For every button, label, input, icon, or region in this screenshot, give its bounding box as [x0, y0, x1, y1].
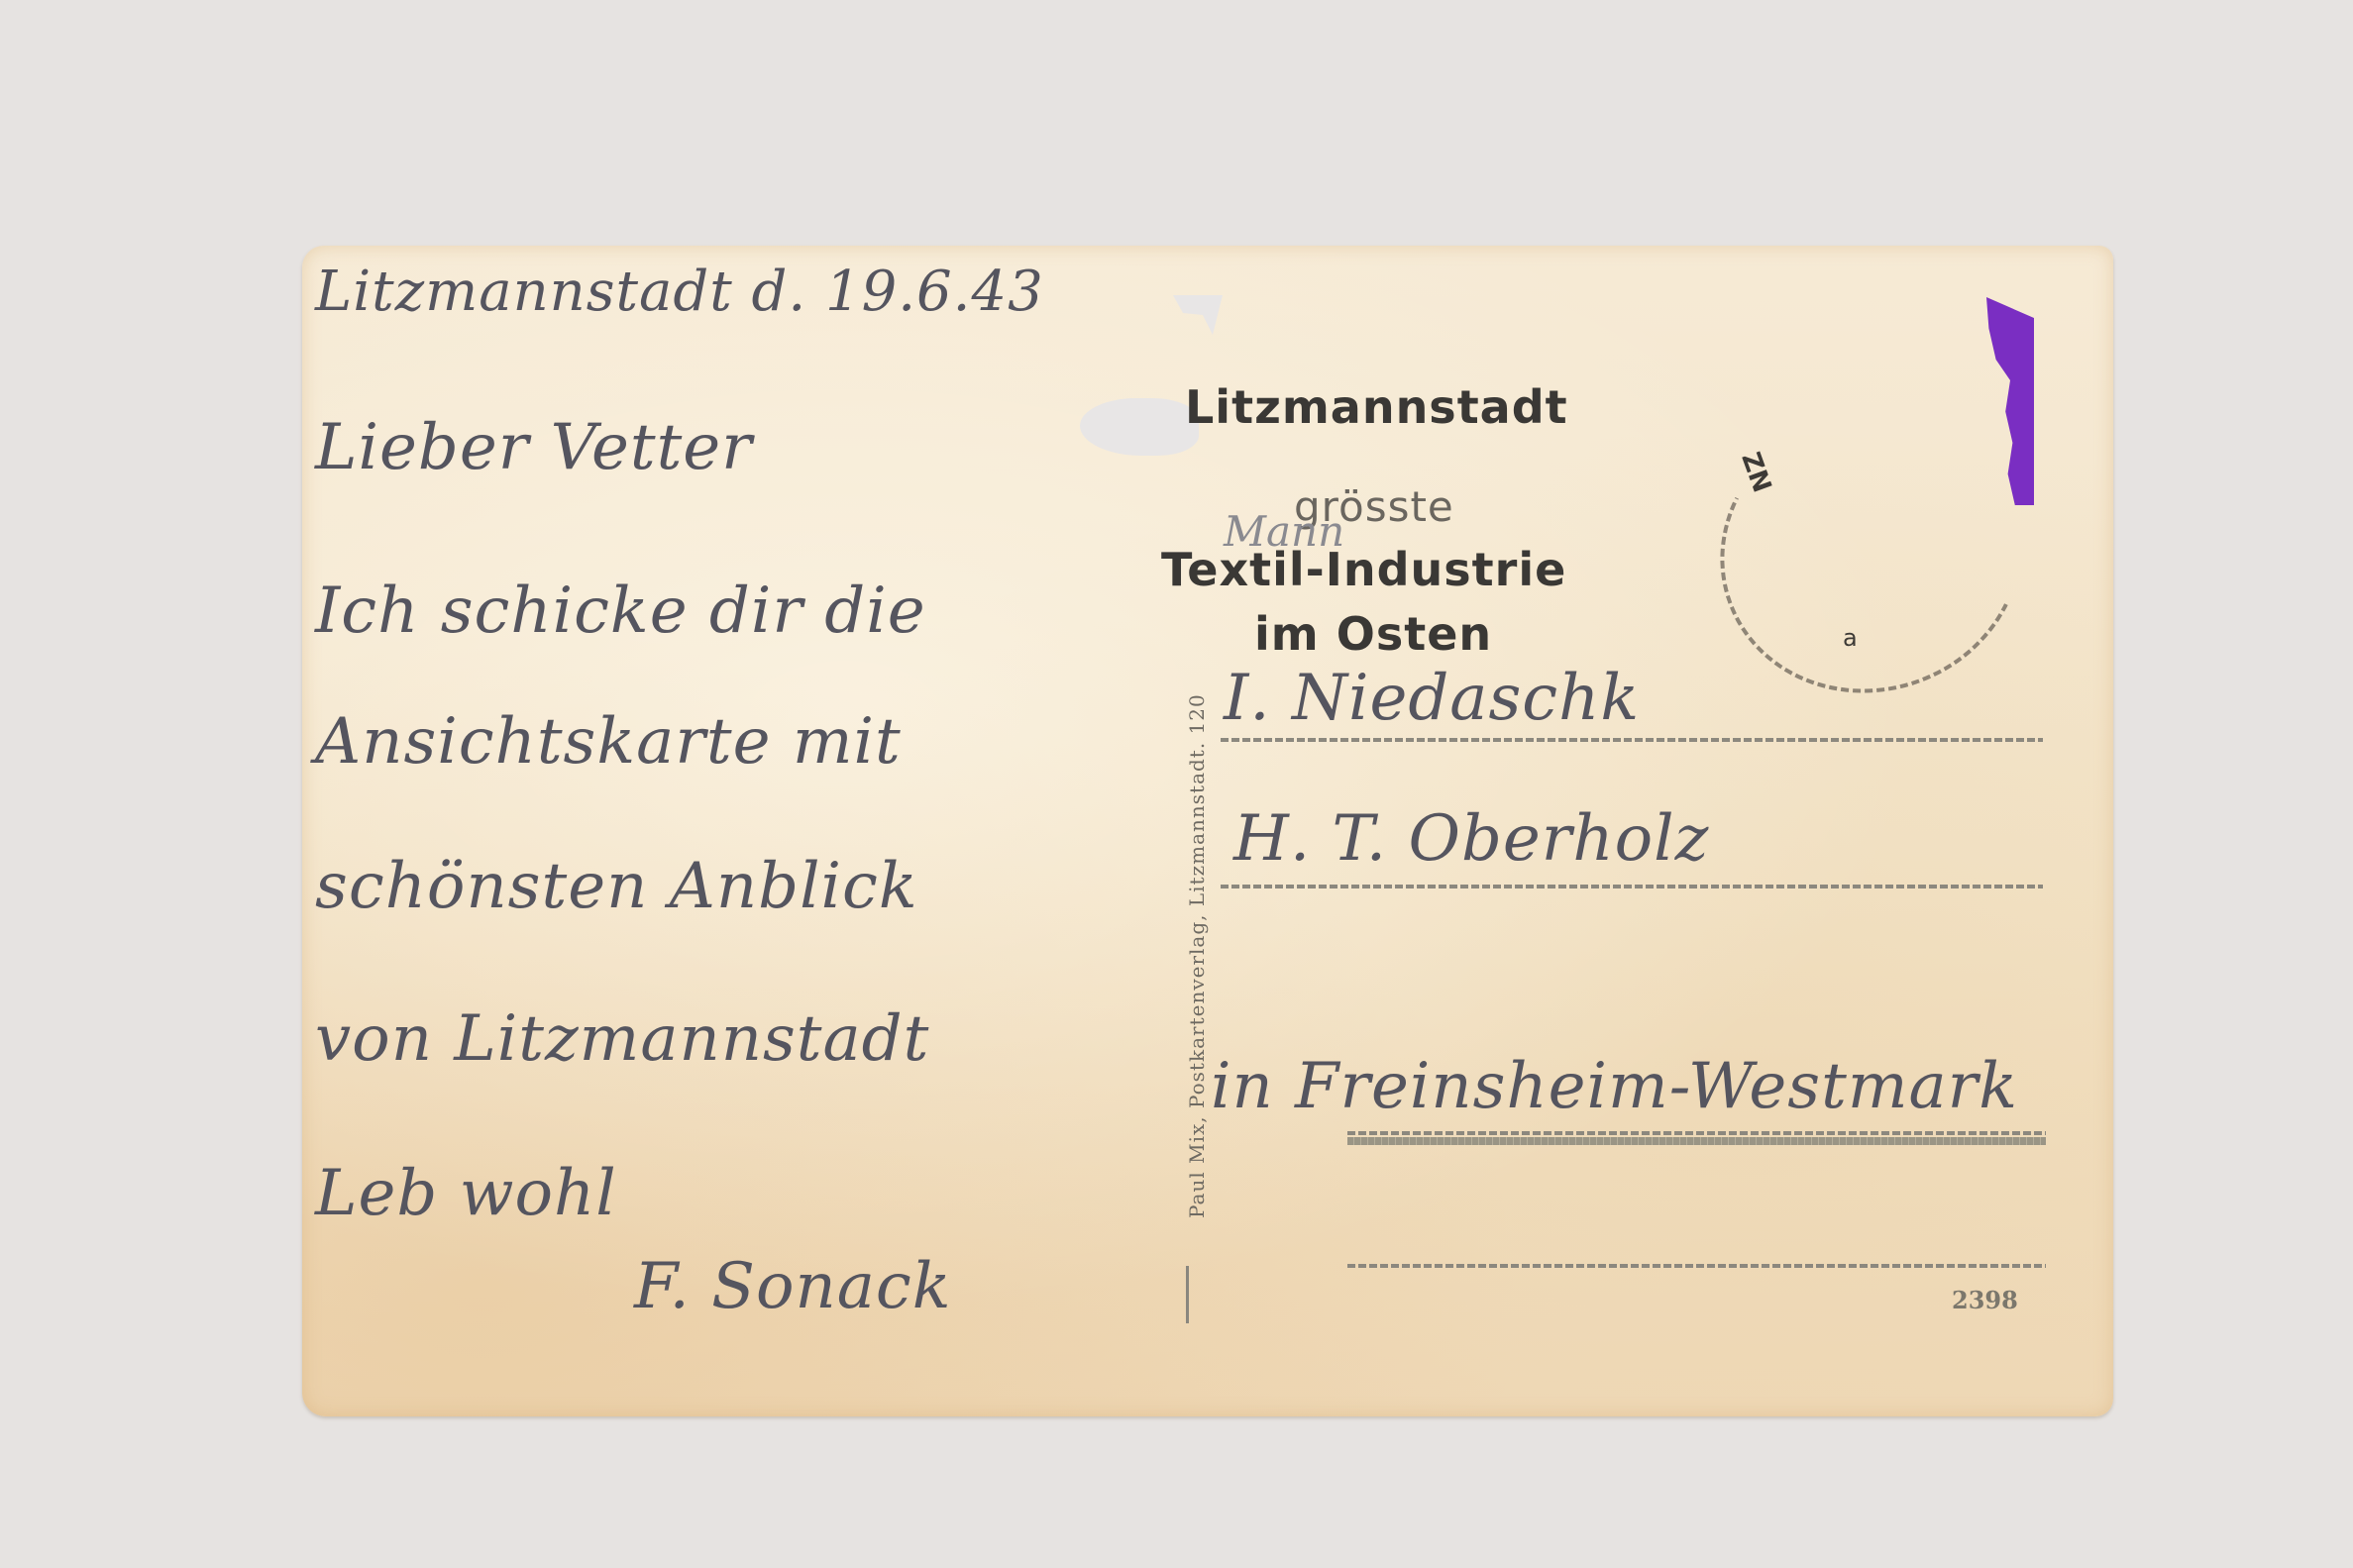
message-line-2: Ansichtskarte mit — [315, 705, 902, 779]
address-line-1: I. Niedaschk — [1224, 662, 1640, 735]
center-divider — [1186, 1266, 1189, 1323]
cancel-slogan-3: im Osten — [1254, 607, 1492, 661]
address-line-3: in Freinsheim-Westmark — [1211, 1050, 2018, 1123]
message-line-5: Leb wohl — [315, 1157, 617, 1230]
publisher-imprint: Paul Mix, Postkartenverlag, Litzmannstad… — [1185, 693, 1209, 1218]
address-rule-2 — [1221, 885, 2043, 889]
pencil-note: Mann — [1224, 507, 1344, 556]
message-line-3: schönsten Anblick — [315, 850, 918, 923]
torn-hole-left — [1080, 398, 1199, 456]
cancel-slogan-2: Textil-Industrie — [1161, 543, 1566, 596]
address-line-2: H. T. Oberholz — [1233, 802, 1709, 876]
cancel-city: Litzmannstadt — [1185, 380, 1568, 434]
card-number: 2398 — [1952, 1286, 2018, 1314]
signature: F. Sonack — [634, 1250, 952, 1323]
message-line-1: Ich schicke dir die — [315, 575, 926, 648]
dateline: Litzmannstadt d. 19.6.43 — [315, 260, 1044, 324]
address-rule-3 — [1347, 1131, 2046, 1135]
address-rule-3-underline — [1347, 1137, 2046, 1145]
postmark-digit: a — [1843, 624, 1858, 652]
address-rule-4 — [1347, 1264, 2046, 1268]
salutation: Lieber Vetter — [315, 411, 753, 484]
message-line-4: von Litzmannstadt — [315, 1002, 929, 1076]
address-rule-1 — [1221, 738, 2043, 742]
